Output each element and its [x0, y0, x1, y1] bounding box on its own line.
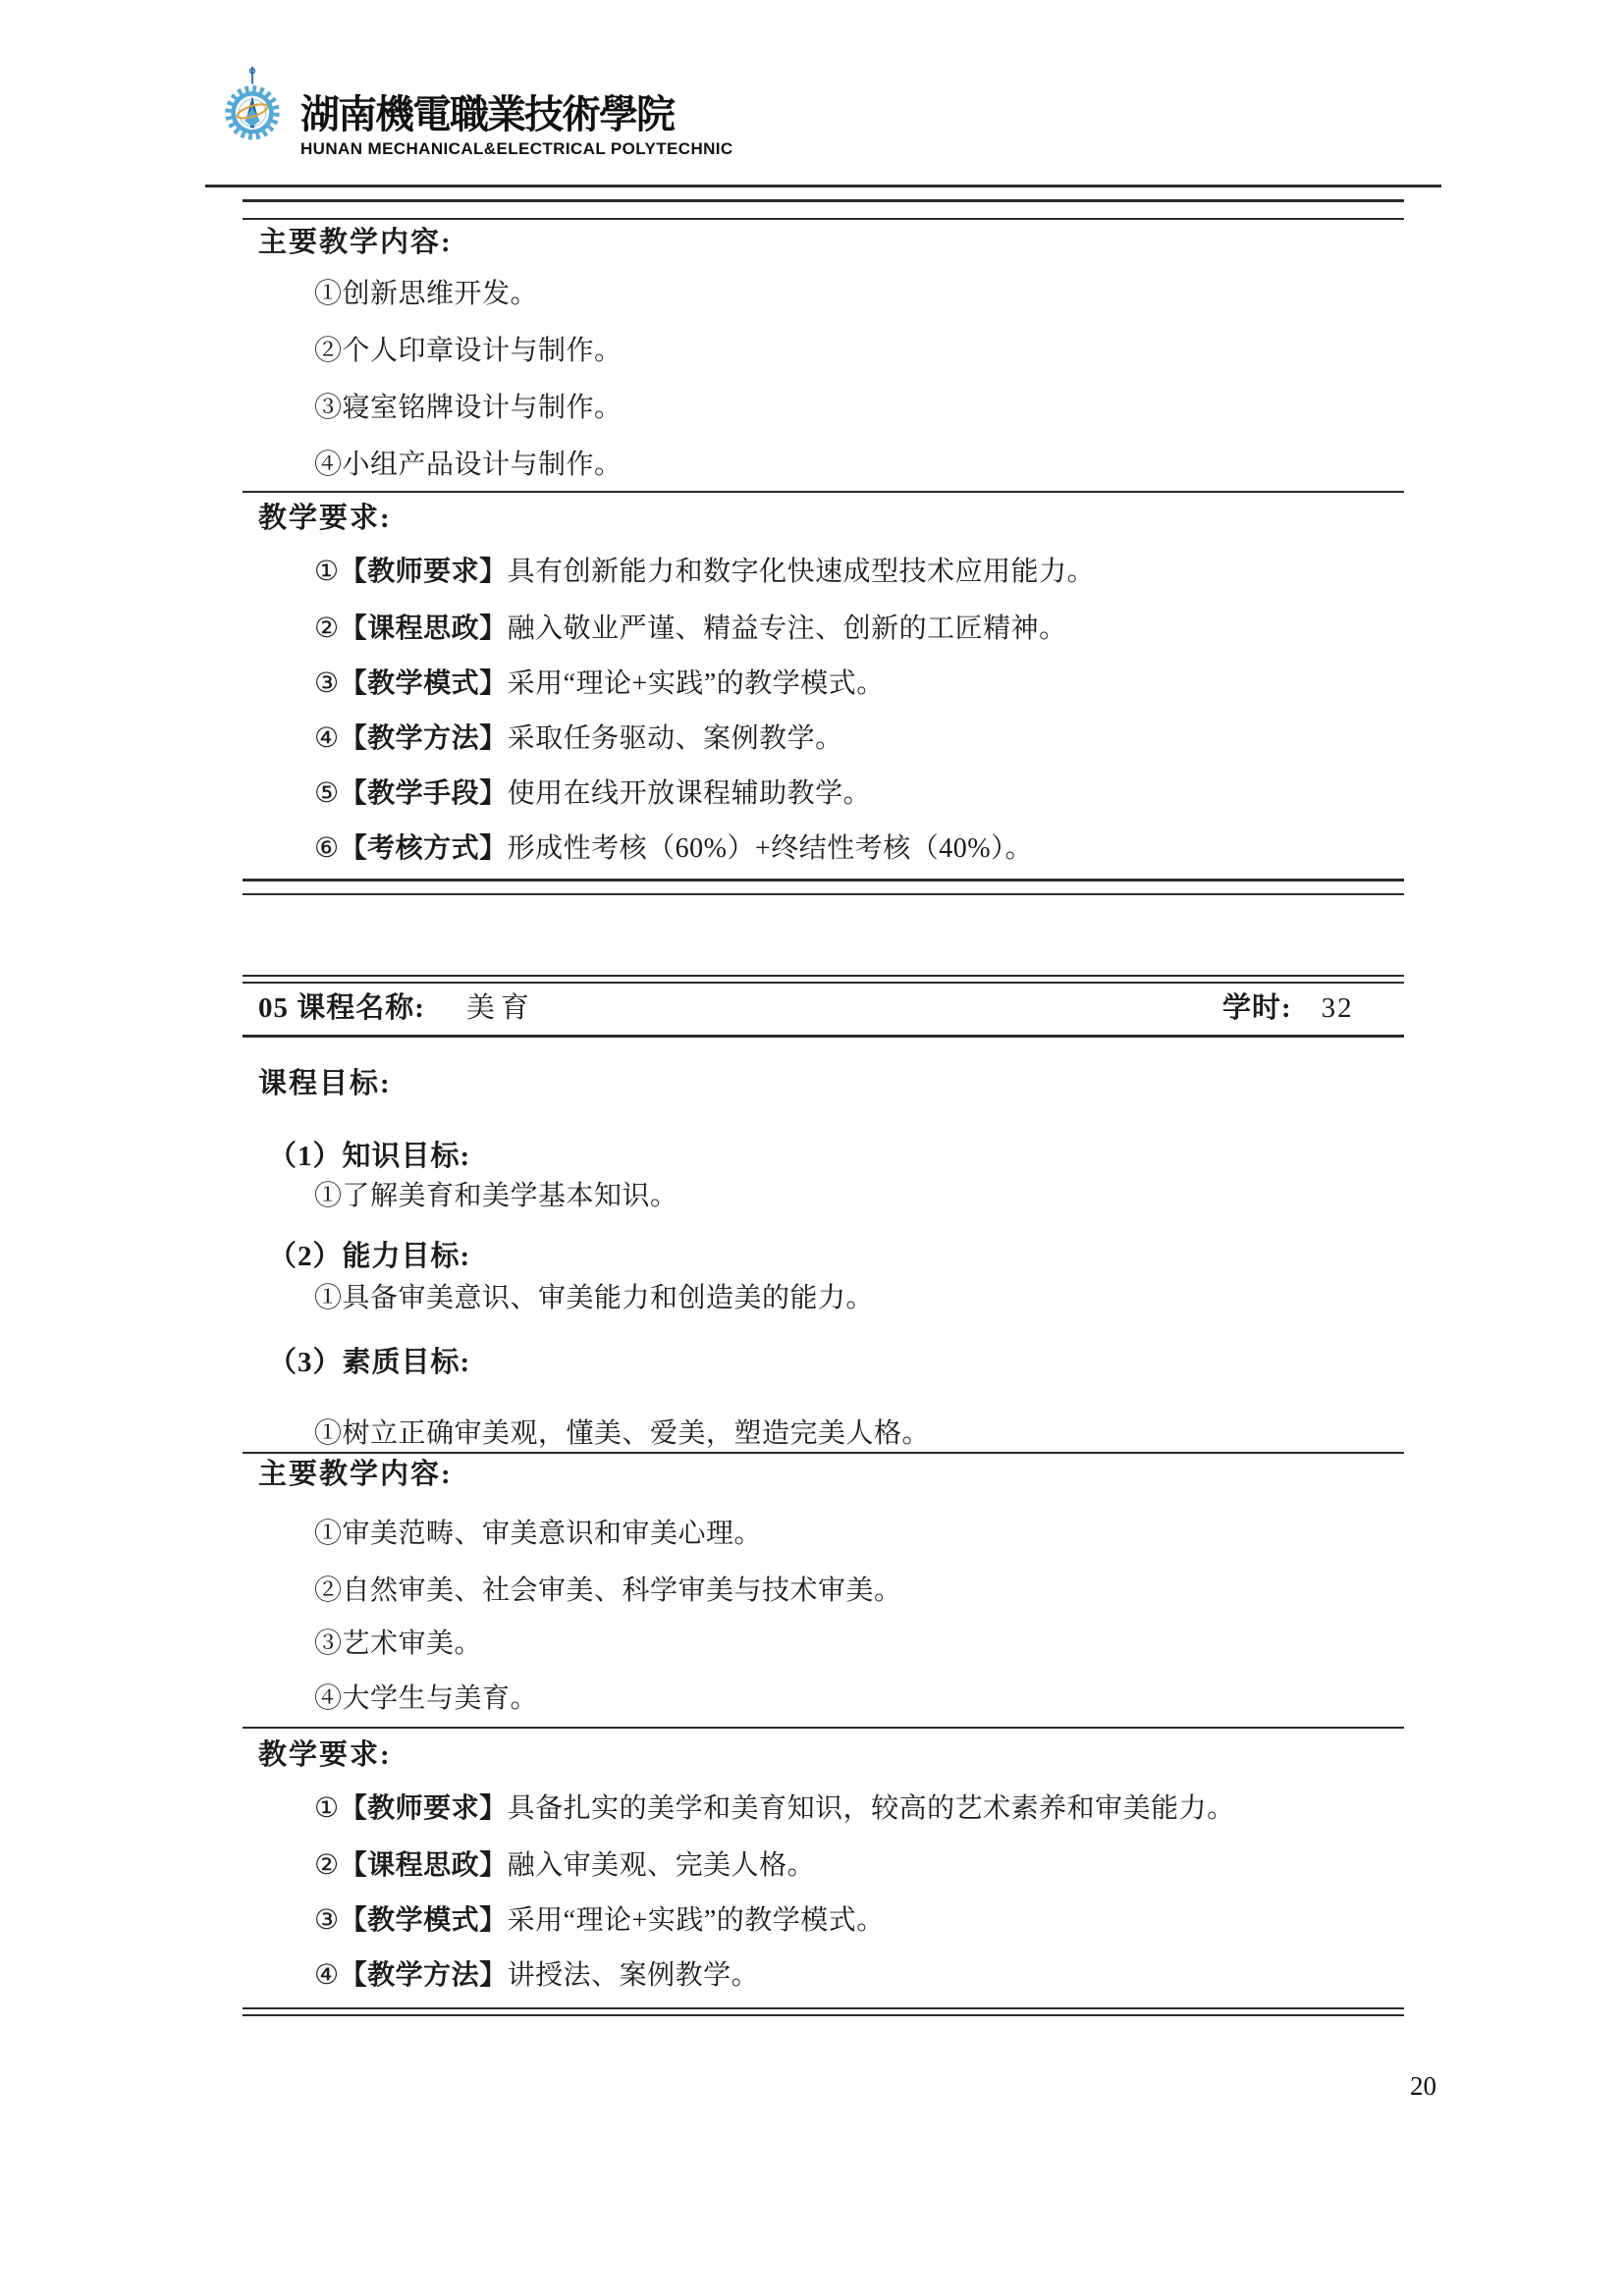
requirement-text: 形成性考核（60%）+终结性考核（40%）。 — [508, 833, 1033, 864]
content-item: ②自然审美、社会审美、科学审美与技术审美。 — [243, 1575, 1404, 1607]
requirement-text: 采用“理论+实践”的教学模式。 — [508, 668, 885, 699]
requirement-label: 【教学模式】 — [340, 1905, 508, 1936]
document-page: 湖南機電職業技術學院 HUNAN MECHANICAL&ELECTRICAL P… — [0, 0, 1624, 2296]
requirement-item: ⑤【教学手段】使用在线开放课程辅助教学。 — [243, 778, 1404, 810]
row-divider — [243, 1452, 1404, 1454]
content-item: ④小组产品设计与制作。 — [243, 450, 1404, 481]
requirement-item: ①【教师要求】具有创新能力和数字化快速成型技术应用能力。 — [243, 557, 1404, 588]
requirement-label: 【教学方法】 — [340, 1960, 508, 1991]
requirement-text: 讲授法、案例教学。 — [508, 1960, 760, 1991]
course-top-border — [243, 975, 1404, 984]
requirement-item: ④【教学方法】采取任务驱动、案例教学。 — [243, 723, 1404, 755]
page-header: 湖南機電職業技術學院 HUNAN MECHANICAL&ELECTRICAL P… — [218, 49, 733, 159]
requirement-label: 【课程思政】 — [340, 1850, 508, 1881]
hours-label: 学时: — [1222, 992, 1292, 1024]
content-item: ①审美范畴、审美意识和审美心理。 — [243, 1519, 1404, 1550]
hours-value: 32 — [1322, 992, 1354, 1024]
content-item: ③寝室铭牌设计与制作。 — [243, 393, 1404, 424]
item-number: ① — [314, 557, 340, 587]
course-bottom-border — [243, 2007, 1404, 2016]
objectives-heading: 课程目标: — [243, 1067, 1404, 1100]
requirement-item: ②【课程思政】融入审美观、完美人格。 — [243, 1850, 1404, 1882]
row-divider — [243, 1727, 1404, 1729]
requirements-heading: 教学要求: — [243, 502, 1404, 535]
requirement-label: 【课程思政】 — [340, 614, 508, 644]
objective-label: （1）知识目标: — [243, 1140, 1404, 1173]
requirement-item: ③【教学模式】采用“理论+实践”的教学模式。 — [243, 1905, 1404, 1937]
section-bottom-border — [243, 879, 1404, 895]
requirement-text: 融入敬业严谨、精益专注、创新的工匠精神。 — [508, 614, 1067, 644]
item-number: ④ — [314, 723, 340, 754]
content-item: ③艺术审美。 — [243, 1629, 1404, 1660]
content-heading: 主要教学内容: — [243, 1458, 1404, 1491]
school-logo-icon — [218, 49, 287, 157]
item-number: ② — [314, 1850, 340, 1881]
requirement-item: ②【课程思政】融入敬业严谨、精益专注、创新的工匠精神。 — [243, 614, 1404, 645]
requirement-text: 融入审美观、完美人格。 — [508, 1850, 816, 1881]
requirement-text: 使用在线开放课程辅助教学。 — [508, 778, 872, 809]
item-number: ④ — [314, 1960, 340, 1991]
document-body: 主要教学内容: ①创新思维开发。 ②个人印章设计与制作。 ③寝室铭牌设计与制作。… — [243, 199, 1404, 2016]
item-number: ② — [314, 614, 340, 644]
requirement-label: 【教师要求】 — [340, 557, 508, 587]
objective-label: （2）能力目标: — [243, 1240, 1404, 1273]
course-name: 美育 — [466, 992, 535, 1024]
item-number: ③ — [314, 668, 340, 699]
objective-label: （3）素质目标: — [243, 1346, 1404, 1379]
course-name-row: 05 课程名称:美育 学时:32 — [243, 991, 1404, 1025]
requirement-label: 【教学方法】 — [340, 723, 508, 754]
page-number: 20 — [1410, 2071, 1436, 2102]
requirement-item: ④【教学方法】讲授法、案例教学。 — [243, 1960, 1404, 1992]
requirement-label: 【教师要求】 — [340, 1793, 508, 1824]
requirement-item: ⑥【考核方式】形成性考核（60%）+终结性考核（40%）。 — [243, 833, 1404, 865]
requirement-text: 具有创新能力和数字化快速成型技术应用能力。 — [508, 557, 1096, 587]
school-logo-text: 湖南機電職業技術學院 HUNAN MECHANICAL&ELECTRICAL P… — [300, 49, 733, 159]
objective-item: ①了解美育和美学基本知识。 — [243, 1181, 1404, 1212]
content-item: ④大学生与美育。 — [243, 1683, 1404, 1715]
item-number: ⑥ — [314, 833, 340, 864]
requirement-text: 具备扎实的美学和美育知识，较高的艺术素养和审美能力。 — [508, 1793, 1235, 1824]
requirement-item: ①【教师要求】具备扎实的美学和美育知识，较高的艺术素养和审美能力。 — [243, 1793, 1404, 1825]
objective-item: ①具备审美意识、审美能力和创造美的能力。 — [243, 1283, 1404, 1314]
requirement-text: 采用“理论+实践”的教学模式。 — [508, 1905, 885, 1936]
course-number-label: 05 课程名称: — [258, 992, 425, 1024]
item-number: ① — [314, 1793, 340, 1824]
row-divider — [243, 1035, 1404, 1038]
requirements-heading: 教学要求: — [243, 1738, 1404, 1772]
school-name-chinese: 湖南機電職業技術學院 — [300, 93, 733, 136]
requirement-label: 【教学手段】 — [340, 778, 508, 809]
requirement-item: ③【教学模式】采用“理论+实践”的教学模式。 — [243, 668, 1404, 700]
section-top-border — [243, 199, 1404, 220]
item-number: ③ — [314, 1905, 340, 1936]
objective-item: ①树立正确审美观，懂美、爱美，塑造完美人格。 — [243, 1418, 1404, 1450]
content-heading: 主要教学内容: — [243, 226, 1404, 259]
requirement-label: 【教学模式】 — [340, 668, 508, 699]
row-divider — [243, 491, 1404, 493]
requirement-label: 【考核方式】 — [340, 833, 508, 864]
content-item: ②个人印章设计与制作。 — [243, 336, 1404, 367]
content-item: ①创新思维开发。 — [243, 279, 1404, 310]
requirement-text: 采取任务驱动、案例教学。 — [508, 723, 843, 754]
header-divider — [205, 185, 1441, 187]
school-name-english: HUNAN MECHANICAL&ELECTRICAL POLYTECHNIC — [300, 139, 733, 159]
course-hours: 学时:32 — [1222, 991, 1354, 1025]
item-number: ⑤ — [314, 778, 340, 809]
